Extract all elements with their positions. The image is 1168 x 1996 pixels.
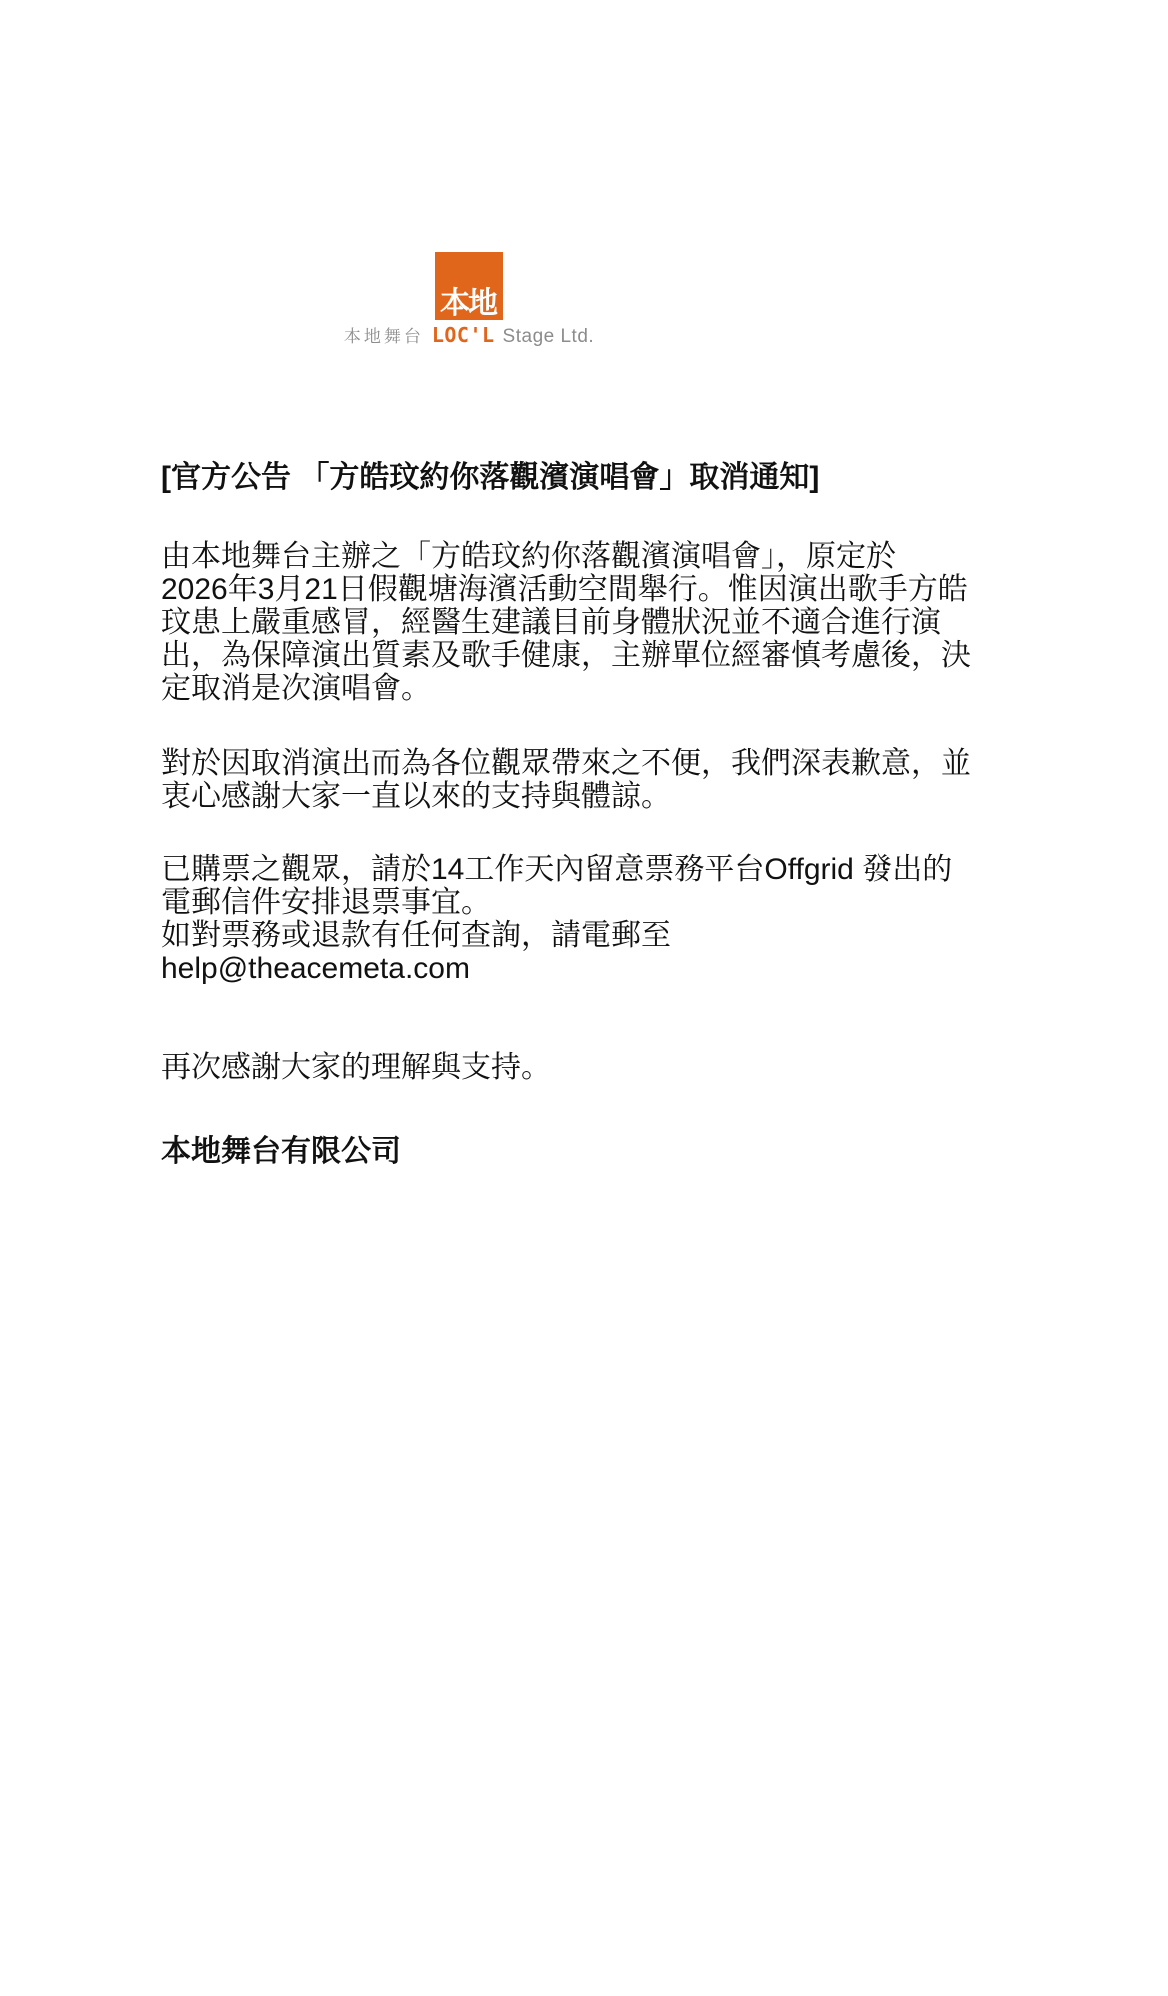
company-logo: 本地 本地舞台 LOC'L Stage Ltd. [339,252,599,348]
text-line: 由本地舞台主辦之「方皓玟約你落觀濱演唱會」，原定於 [161,540,1061,573]
text-line: 衷心感謝大家一直以來的支持與體諒。 [161,780,1061,813]
brand-name-logotype: LOC'L [432,325,495,345]
logo-brand-row: 本地舞台 LOC'L Stage Ltd. [339,322,599,348]
logo-square-icon: 本地 [435,252,503,320]
text-line: 再次感謝大家的理解與支持。 [161,1051,1061,1084]
company-signature: 本地舞台有限公司 [161,1135,1061,1168]
announcement-page: { "logo": { "square_text": "本地", "brand_… [0,0,1168,1996]
announcement-content: [官方公告 「方皓玟約你落觀濱演唱會」取消通知] 由本地舞台主辦之「方皓玟約你落… [161,461,1061,1168]
logo-square-text: 本地 [440,289,496,319]
text-line: 2026年3月21日假觀塘海濱活動空間舉行。惟因演出歌手方皓 [161,573,1061,606]
cancellation-reason-paragraph: 由本地舞台主辦之「方皓玟約你落觀濱演唱會」，原定於2026年3月21日假觀塘海濱… [161,540,1061,705]
brand-name-chinese: 本地舞台 [344,322,424,347]
text-line: 如對票務或退款有任何查詢，請電郵至 [161,919,1061,952]
text-line: 對於因取消演出而為各位觀眾帶來之不便，我們深表歉意，並 [161,747,1061,780]
text-line: 本地舞台有限公司 [161,1135,1061,1168]
email-address: help@theacemeta.com [161,952,1061,985]
brand-name-suffix: Stage Ltd. [503,326,595,348]
thanks-paragraph: 再次感謝大家的理解與支持。 [161,1051,1061,1084]
text-line: 出，為保障演出質素及歌手健康，主辦單位經審慎考慮後，決 [161,639,1061,672]
announcement-body: 由本地舞台主辦之「方皓玟約你落觀濱演唱會」，原定於2026年3月21日假觀塘海濱… [161,540,1061,1168]
text-line: 定取消是次演唱會。 [161,672,1061,705]
refund-info-paragraph: 已購票之觀眾，請於14工作天內留意票務平台Offgrid 發出的電郵信件安排退票… [161,853,1061,985]
text-line: 電郵信件安排退票事宜。 [161,886,1061,919]
text-line: 玟患上嚴重感冒，經醫生建議目前身體狀況並不適合進行演 [161,606,1061,639]
announcement-title: [官方公告 「方皓玟約你落觀濱演唱會」取消通知] [161,461,1061,494]
text-line: 已購票之觀眾，請於14工作天內留意票務平台Offgrid 發出的 [161,853,1061,886]
apology-paragraph: 對於因取消演出而為各位觀眾帶來之不便，我們深表歉意，並衷心感謝大家一直以來的支持… [161,747,1061,813]
